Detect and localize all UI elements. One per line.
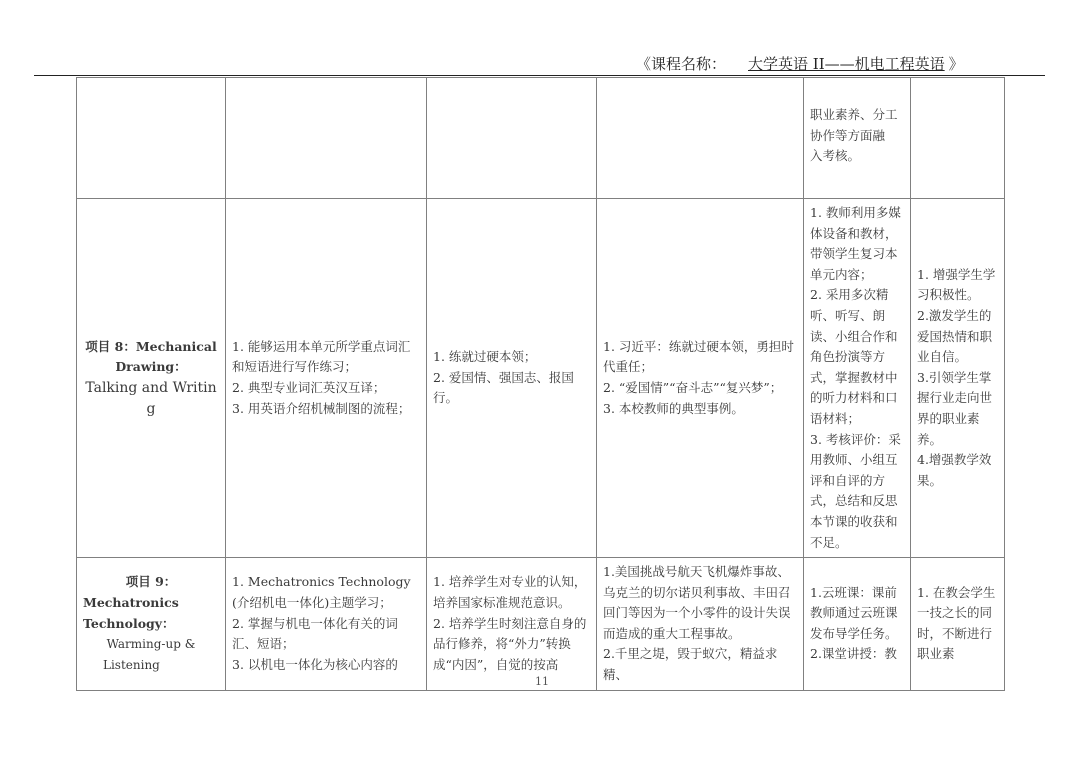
effects-cell xyxy=(911,78,1005,199)
cell-line: 2.千里之堤，毁于蚁穴，精益求精、 xyxy=(603,644,797,685)
ideology-cases-cell: 1. 习近平：练就过硬本领，勇担时代重任； 2. “爱国情”“奋斗志”“复兴梦”… xyxy=(597,199,804,558)
cell-line: 1. 在教会学生一技之长的同时，不断进行职业素 xyxy=(917,583,998,665)
project-subtitle: Listening xyxy=(83,655,219,676)
cell-line: 1.美国挑战号航天飞机爆炸事故、乌克兰的切尔诺贝利事故、丰田召回门等因为一个小零… xyxy=(603,562,797,644)
cell-line: 3.引领学生掌握行业走向世界的职业素养。 xyxy=(917,368,998,450)
ideology-cases-cell xyxy=(597,78,804,199)
cell-line: 1. 教师利用多媒体设备和教材，带领学生复习本单元内容； xyxy=(810,203,904,285)
cell-line: 3. 本校教师的典型事例。 xyxy=(603,399,797,420)
goals-cell xyxy=(226,78,427,199)
course-title-prefix: 《课程名称： xyxy=(636,55,726,73)
cell-line: 2. 爱国情、强国志、报国行。 xyxy=(433,368,590,409)
project-subtitle: Warming-up & xyxy=(83,634,219,655)
ideology-goals-cell: 1. 练就过硬本领； 2. 爱国情、强国志、报国行。 xyxy=(427,199,597,558)
cell-line: 2. 典型专业词汇英汉互译； xyxy=(232,378,420,399)
ideology-cases-cell: 1.美国挑战号航天飞机爆炸事故、乌克兰的切尔诺贝利事故、丰田召回门等因为一个小零… xyxy=(597,558,804,691)
project-cell xyxy=(77,78,226,199)
course-title-suffix: 》 xyxy=(949,55,964,73)
project-cell: 项目 8：Mechanical Drawing： Talking and Wri… xyxy=(77,199,226,558)
ideology-goals-cell: 1. 培养学生对专业的认知，培养国家标准规范意识。 2. 培养学生时刻注意自身的… xyxy=(427,558,597,691)
cell-line: 2. 采用多次精听、听写、朗读、小组合作和角色扮演等方式，掌握教材中的听力材料和… xyxy=(810,285,904,429)
cell-line: 协作等方面融 xyxy=(810,126,904,147)
cell-line: 4.增强教学效果。 xyxy=(917,450,998,491)
methods-cell: 1. 教师利用多媒体设备和教材，带领学生复习本单元内容； 2. 采用多次精听、听… xyxy=(804,199,911,558)
goals-cell: 1. Mechatronics Technology (介绍机电一体化)主题学习… xyxy=(226,558,427,691)
cell-line: 入考核。 xyxy=(810,146,904,167)
project-title: Drawing： xyxy=(83,357,219,378)
page-number: 11 xyxy=(535,675,549,688)
cell-line: 1. 培养学生对专业的认知，培养国家标准规范意识。 xyxy=(433,572,590,613)
table-row: 项目 9： Mechatronics Technology： Warming-u… xyxy=(77,558,1005,691)
cell-line: 1. 增强学生学习积极性。 xyxy=(917,265,998,306)
cell-line: 3. 用英语介绍机械制图的流程； xyxy=(232,399,420,420)
project-title: 项目 8：Mechanical xyxy=(83,337,219,358)
project-title: 项目 9： xyxy=(83,572,219,593)
project-subtitle: Talking and Writing xyxy=(83,378,219,419)
effects-cell: 1. 增强学生学习积极性。 2.激发学生的爱国热情和职业自信。 3.引领学生掌握… xyxy=(911,199,1005,558)
course-title-header: 《课程名称：大学英语 II——机电工程英语》 xyxy=(636,53,964,74)
cell-line: 1. Mechatronics Technology (介绍机电一体化)主题学习… xyxy=(232,572,420,613)
project-title: Technology： xyxy=(83,614,219,635)
cell-line: 2.激发学生的爱国热情和职业自信。 xyxy=(917,306,998,368)
goals-cell: 1. 能够运用本单元所学重点词汇和短语进行写作练习； 2. 典型专业词汇英汉互译… xyxy=(226,199,427,558)
cell-line: 2.课堂讲授：教 xyxy=(810,644,904,665)
ideology-goals-cell xyxy=(427,78,597,199)
cell-line: 1. 习近平：练就过硬本领，勇担时代重任； xyxy=(603,337,797,378)
cell-line: 2. 掌握与机电一体化有关的词汇、短语； xyxy=(232,614,420,655)
methods-cell: 职业素养、分工 协作等方面融 入考核。 xyxy=(804,78,911,199)
cell-line: 2. 培养学生时刻注意自身的品行修养，将“外力”转换成“内因”，自觉的按高 xyxy=(433,614,590,676)
header-rule xyxy=(34,75,1045,76)
project-title: Mechatronics xyxy=(83,593,219,614)
cell-line: 3. 以机电一体化为核心内容的 xyxy=(232,655,420,676)
methods-cell: 1.云班课：课前教师通过云班课发布导学任务。 2.课堂讲授：教 xyxy=(804,558,911,691)
cell-line: 2. “爱国情”“奋斗志”“复兴梦”； xyxy=(603,378,797,399)
cell-line: 3. 考核评价：采用教师、小组互评和自评的方式，总结和反思本节课的收获和不足。 xyxy=(810,430,904,554)
syllabus-table: 职业素养、分工 协作等方面融 入考核。 项目 8：Mechanical Draw… xyxy=(76,77,1005,691)
effects-cell: 1. 在教会学生一技之长的同时，不断进行职业素 xyxy=(911,558,1005,691)
cell-line: 1.云班课：课前教师通过云班课发布导学任务。 xyxy=(810,583,904,645)
cell-line: 1. 练就过硬本领； xyxy=(433,347,590,368)
cell-line: 职业素养、分工 xyxy=(810,105,904,126)
cell-line: 1. 能够运用本单元所学重点词汇和短语进行写作练习； xyxy=(232,337,420,378)
course-name: 大学英语 II——机电工程英语 xyxy=(726,55,949,73)
table-row: 职业素养、分工 协作等方面融 入考核。 xyxy=(77,78,1005,199)
project-cell: 项目 9： Mechatronics Technology： Warming-u… xyxy=(77,558,226,691)
table-row: 项目 8：Mechanical Drawing： Talking and Wri… xyxy=(77,199,1005,558)
